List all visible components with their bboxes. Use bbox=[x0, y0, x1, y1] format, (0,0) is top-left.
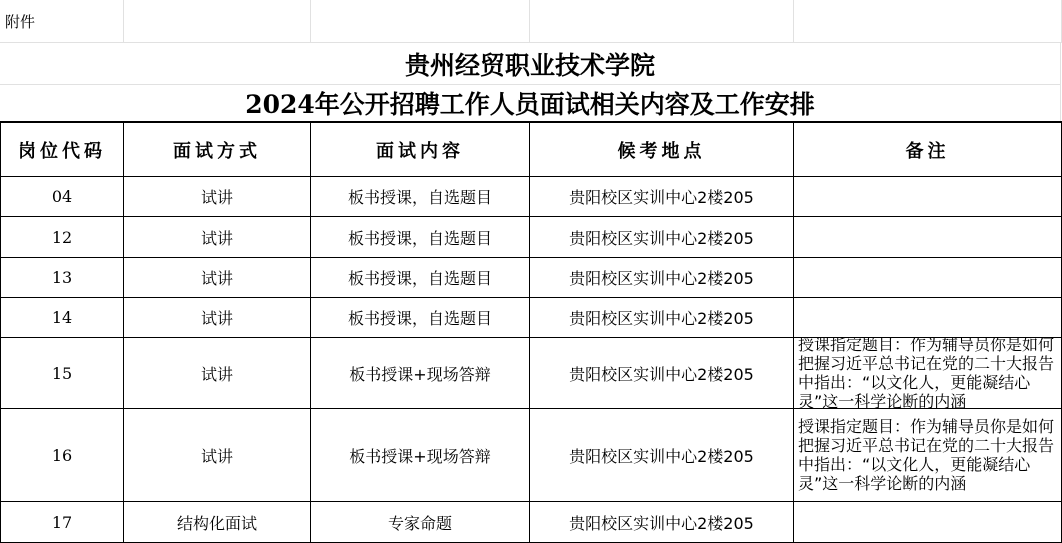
header-interview-content[interactable]: 面试内容 bbox=[311, 123, 530, 177]
attachment-row: 附件 bbox=[0, 0, 1062, 43]
note[interactable] bbox=[794, 258, 1062, 298]
waiting-location[interactable]: 贵阳校区实训中心2楼205 bbox=[530, 502, 794, 543]
title-row-2: 2024年公开招聘工作人员面试相关内容及工作安排 bbox=[0, 85, 1062, 122]
waiting-location[interactable]: 贵阳校区实训中心2楼205 bbox=[530, 409, 794, 502]
waiting-location[interactable]: 贵阳校区实训中心2楼205 bbox=[530, 258, 794, 298]
table-row: 16 试讲 板书授课+现场答辩 贵阳校区实训中心2楼205 授课指定题目：作为辅… bbox=[0, 409, 1062, 502]
header-waiting-location[interactable]: 候考地点 bbox=[530, 123, 794, 177]
interview-content[interactable]: 板书授课，自选题目 bbox=[311, 217, 530, 258]
waiting-location[interactable]: 贵阳校区实训中心2楼205 bbox=[530, 298, 794, 338]
position-code[interactable]: 17 bbox=[0, 502, 124, 543]
table-row: 13 试讲 板书授课，自选题目 贵阳校区实训中心2楼205 bbox=[0, 258, 1062, 298]
interview-content[interactable]: 板书授课+现场答辩 bbox=[311, 409, 530, 502]
header-position-code[interactable]: 岗位代码 bbox=[0, 123, 124, 177]
table-row: 15 试讲 板书授课+现场答辩 贵阳校区实训中心2楼205 授课指定题目：作为辅… bbox=[0, 338, 1062, 409]
waiting-location[interactable]: 贵阳校区实训中心2楼205 bbox=[530, 217, 794, 258]
note[interactable]: 授课指定题目：作为辅导员你是如何把握习近平总书记在党的二十大报告中指出：“以文化… bbox=[794, 409, 1062, 502]
position-code[interactable]: 04 bbox=[0, 177, 124, 217]
table-row: 12 试讲 板书授课，自选题目 贵阳校区实训中心2楼205 bbox=[0, 217, 1062, 258]
position-code[interactable]: 14 bbox=[0, 298, 124, 338]
position-code[interactable]: 12 bbox=[0, 217, 124, 258]
interview-method[interactable]: 结构化面试 bbox=[124, 502, 311, 543]
interview-method[interactable]: 试讲 bbox=[124, 177, 311, 217]
title-row-1: 贵州经贸职业技术学院 bbox=[0, 43, 1062, 85]
interview-content[interactable]: 板书授课，自选题目 bbox=[311, 258, 530, 298]
table-row: 14 试讲 板书授课，自选题目 贵阳校区实训中心2楼205 bbox=[0, 298, 1062, 338]
position-code[interactable]: 16 bbox=[0, 409, 124, 502]
table-header-row: 岗位代码 面试方式 面试内容 候考地点 备注 bbox=[0, 121, 1062, 177]
attachment-label[interactable]: 附件 bbox=[0, 0, 124, 43]
interview-method[interactable]: 试讲 bbox=[124, 338, 311, 409]
document-title-subject[interactable]: 2024年公开招聘工作人员面试相关内容及工作安排 bbox=[0, 85, 1061, 122]
note[interactable] bbox=[794, 502, 1062, 543]
note[interactable] bbox=[794, 177, 1062, 217]
interview-method[interactable]: 试讲 bbox=[124, 258, 311, 298]
document-title-institution[interactable]: 贵州经贸职业技术学院 bbox=[0, 43, 1061, 85]
waiting-location[interactable]: 贵阳校区实训中心2楼205 bbox=[530, 177, 794, 217]
waiting-location[interactable]: 贵阳校区实训中心2楼205 bbox=[530, 338, 794, 409]
note[interactable]: 授课指定题目：作为辅导员你是如何把握习近平总书记在党的二十大报告中指出：“以文化… bbox=[794, 338, 1062, 409]
empty-cell[interactable] bbox=[311, 0, 530, 43]
interview-content[interactable]: 板书授课，自选题目 bbox=[311, 177, 530, 217]
interview-content[interactable]: 专家命题 bbox=[311, 502, 530, 543]
spreadsheet: 附件 贵州经贸职业技术学院 2024年公开招聘工作人员面试相关内容及工作安排 岗… bbox=[0, 0, 1062, 543]
table-row: 04 试讲 板书授课，自选题目 贵阳校区实训中心2楼205 bbox=[0, 177, 1062, 217]
interview-content[interactable]: 板书授课+现场答辩 bbox=[311, 338, 530, 409]
interview-method[interactable]: 试讲 bbox=[124, 298, 311, 338]
interview-method[interactable]: 试讲 bbox=[124, 217, 311, 258]
position-code[interactable]: 15 bbox=[0, 338, 124, 409]
header-notes[interactable]: 备注 bbox=[794, 123, 1062, 177]
interview-method[interactable]: 试讲 bbox=[124, 409, 311, 502]
table-row: 17 结构化面试 专家命题 贵阳校区实训中心2楼205 bbox=[0, 502, 1062, 543]
position-code[interactable]: 13 bbox=[0, 258, 124, 298]
empty-cell[interactable] bbox=[530, 0, 794, 43]
note[interactable] bbox=[794, 217, 1062, 258]
header-interview-method[interactable]: 面试方式 bbox=[124, 123, 311, 177]
interview-content[interactable]: 板书授课，自选题目 bbox=[311, 298, 530, 338]
empty-cell[interactable] bbox=[124, 0, 311, 43]
empty-cell[interactable] bbox=[794, 0, 1062, 43]
note[interactable] bbox=[794, 298, 1062, 338]
